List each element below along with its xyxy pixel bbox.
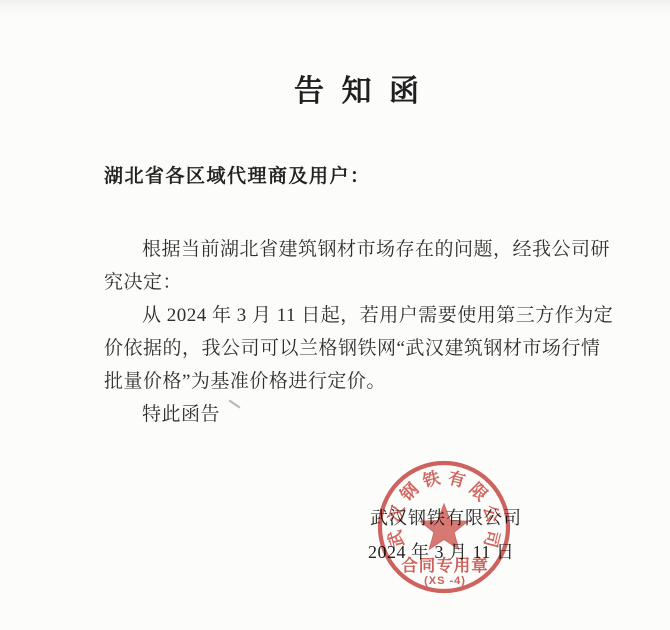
document-title: 告 知 函 <box>24 66 670 110</box>
body-line: 根据当前湖北省建筑钢材市场存在的问题，经我公司研 <box>104 233 614 266</box>
seal-arc-char: 武 <box>384 528 408 549</box>
body-line: 特此函告 <box>104 398 614 431</box>
seal-arc-char: 司 <box>480 528 503 549</box>
seal-star-icon <box>420 504 468 549</box>
body-line: 从 2024 年 3 月 11 日起，若用户需要使用第三方作为定 <box>104 299 614 332</box>
company-contract-seal: 武汉钢铁有限公司 合同专用章 (XS -4) <box>375 457 515 597</box>
body-line: 价依据的，我公司可以兰格钢铁网“武汉建筑钢材市场行情 <box>104 332 614 365</box>
body-line: 批量价格”为基准价格进行定价。 <box>104 365 614 398</box>
seal-arc-char: 铁 <box>420 467 443 491</box>
body-line: 究决定： <box>104 266 614 299</box>
seal-center-label: 合同专用章 <box>401 555 489 575</box>
letter-body: 根据当前湖北省建筑钢材市场存在的问题，经我公司研究决定：从 2024 年 3 月… <box>104 233 614 431</box>
seal-arc-char: 有 <box>446 467 468 491</box>
seal-arc-char: 限 <box>466 479 491 504</box>
seal-arc-char: 公 <box>480 503 503 525</box>
scanned-letter-page: 告 知 函 湖北省各区域代理商及用户： 根据当前湖北省建筑钢材市场存在的问题，经… <box>0 0 670 630</box>
seal-code-label: (XS -4) <box>424 575 466 587</box>
seal-arc-char: 汉 <box>385 502 408 524</box>
salutation-line: 湖北省各区域代理商及用户： <box>104 161 371 188</box>
